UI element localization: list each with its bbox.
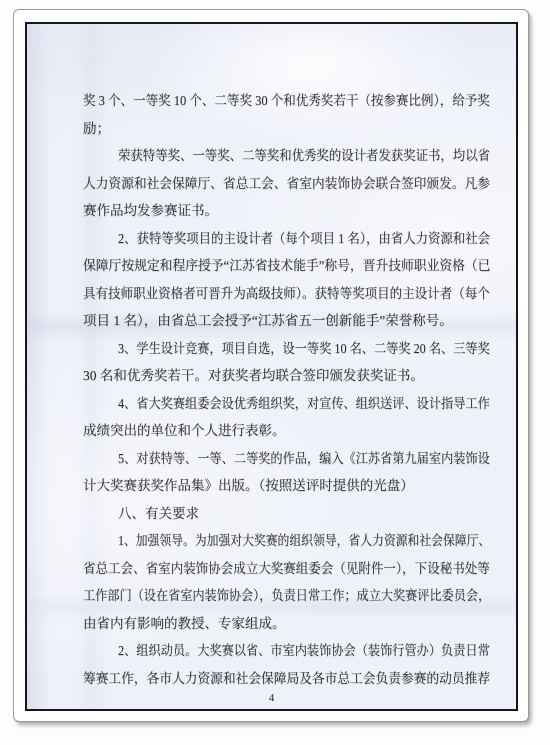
text-line: 项目 1 名），由省总工会授予“江苏省五一创新能手”荣誉称号。 [83,307,490,335]
text-line: 30 名和优秀奖若干。对获奖者均联合签印颁发获奖证书。 [83,362,490,390]
text-line: 奖 3 个、一等奖 10 个、二等奖 30 个和优秀奖若干（按参赛比例），给予奖 [83,87,490,115]
text-line: 1、加强领导。为加强对大奖赛的组织领导，省人力资源和社会保障厅、 [83,527,490,555]
text-line: 励； [83,115,490,143]
text-line: 荣获特等奖、一等奖、二等奖和优秀奖的设计者发获奖证书，均以省 [83,142,490,170]
text-line: 赛作品均发参赛证书。 [83,197,490,225]
page-number: 4 [27,692,516,704]
text-line: 4、省大奖赛组委会设优秀组织奖，对宣传、组织送评、设计指导工作 [83,390,490,418]
text-line: 2、获特等奖项目的主设计者（每个项目 1 名），由省人力资源和社会 [83,225,490,253]
text-line: 成绩突出的单位和个人进行表彰。 [83,417,490,445]
text-line: 2、组织动员。大奖赛以省、市室内装饰协会（装饰行管办）负责日常 [83,637,490,665]
scan-frame: 奖 3 个、一等奖 10 个、二等奖 30 个和优秀奖若干（按参赛比例），给予奖… [13,9,529,722]
document-body: 奖 3 个、一等奖 10 个、二等奖 30 个和优秀奖若干（按参赛比例），给予奖… [83,87,490,692]
text-line: 由省内有影响的教授、专家组成。 [83,610,490,638]
text-line: 保障厅按规定和程序授予“江苏省技术能手”称号，晋升技师职业资格（已 [83,252,490,280]
document-page: 奖 3 个、一等奖 10 个、二等奖 30 个和优秀奖若干（按参赛比例），给予奖… [25,22,518,711]
text-line: 省总工会、省室内装饰协会成立大奖赛组委会（见附件一），下设秘书处等 [83,555,490,583]
text-line: 工作部门（设在省室内装饰协会），负责日常工作；成立大奖赛评比委员会， [83,582,490,610]
text-line: 5、对获特等、一等、二等奖的作品，编入《江苏省第九届室内装饰设 [83,445,490,473]
text-line: 计大奖赛获奖作品集》出版。（按照送评时提供的光盘） [83,472,490,500]
text-line: 筹赛工作，各市人力资源和社会保障局及各市总工会负责参赛的动员推荐 [83,665,490,693]
text-line: 具有技师职业资格者可晋升为高级技师）。获特等奖项目的主设计者（每个 [83,280,490,308]
text-line: 3、学生设计竞赛，项目自选，设一等奖 10 名、二等奖 20 名、三等奖 [83,335,490,363]
section-heading: 八、有关要求 [83,500,490,528]
text-line: 人力资源和社会保障厅、省总工会、省室内装饰协会联合签印颁发。凡参 [83,170,490,198]
